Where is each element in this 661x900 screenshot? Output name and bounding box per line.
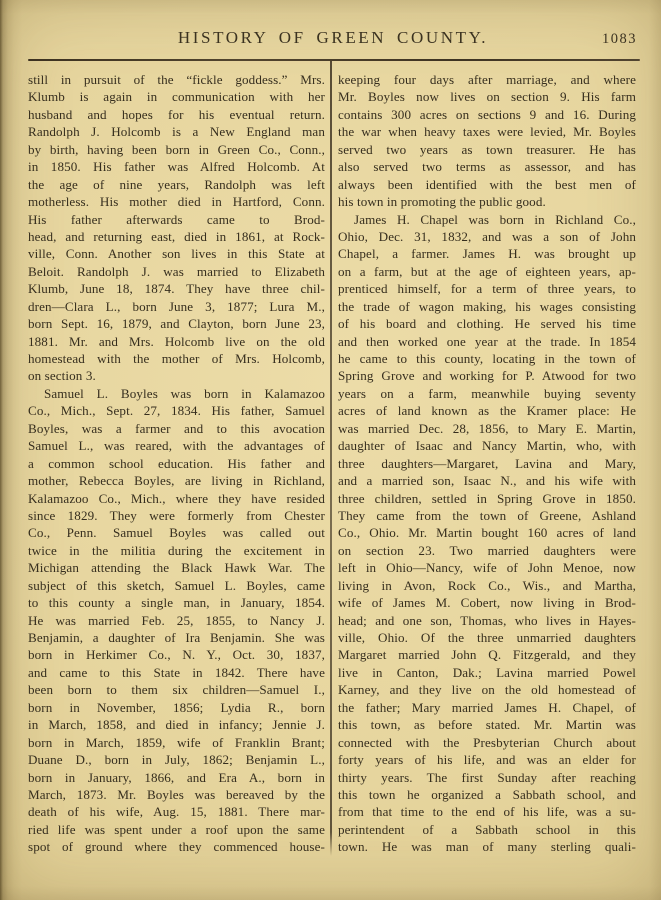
text-line: Margaret married John Q. Fitzgerald, and… [338, 646, 636, 663]
text-line: on section 23. Two married daughters wer… [338, 542, 636, 559]
text-line: Kalamazoo Co., Mich., where they have re… [28, 490, 325, 507]
text-line: also served two terms as assessor, and h… [338, 158, 636, 175]
text-line: ville, Ohio. Of the three unmarried daug… [338, 629, 636, 646]
text-line: keeping four days after marriage, and wh… [338, 71, 636, 88]
text-line: been born to them six children—Samuel I.… [28, 681, 325, 698]
text-line: Chapel, a farmer. James H. was brought u… [338, 245, 636, 262]
text-line: March, 1873. Mr. Boyles was bereaved by … [28, 786, 325, 803]
text-line: Klumb, June 18, 1874. They have three ch… [28, 280, 325, 297]
text-line: Randolph J. Holcomb is a New England man [28, 123, 325, 140]
text-line: served two years as town treasurer. He h… [338, 141, 636, 158]
text-line: ville, Conn. Another son lives in this S… [28, 245, 325, 262]
column-left: still in pursuit of the “fickle goddess.… [28, 71, 325, 856]
text-line: a common school education. His father an… [28, 455, 325, 472]
text-line: homestead with the mother of Mrs. Holcom… [28, 350, 325, 367]
text-line: His father afterwards came to Brod- [28, 211, 325, 228]
text-line: and came to this State in 1842. There ha… [28, 664, 325, 681]
text-line: still in pursuit of the “fickle goddess.… [28, 71, 325, 88]
text-line: Klumb is again in communication with her [28, 88, 325, 105]
text-line: husband and hopes for his eventual retur… [28, 106, 325, 123]
text-line: the father; Mary married James H. Chapel… [338, 699, 636, 716]
text-line: motherless. His mother died in Hartford,… [28, 193, 325, 210]
text-line: in 1850. His father was Alfred Holcomb. … [28, 158, 325, 175]
text-line: Co., Ohio. Mr. Martin bought 160 acres o… [338, 524, 636, 541]
text-line: Co., Penn. Samuel Boyles was called out [28, 524, 325, 541]
text-line: his town in promoting the public good. [338, 193, 636, 210]
text-line: born Sept. 16, 1879, and Clayton, born J… [28, 315, 325, 332]
text-line: connected with the Presbyterian Church a… [338, 734, 636, 751]
text-line: the age of nine years, Randolph was left [28, 176, 325, 193]
page-number: 1083 [602, 31, 637, 48]
text-line: thirty years. The first Sunday after rea… [338, 769, 636, 786]
text-line: twice in the militia during the exciteme… [28, 542, 325, 559]
text-line: was married Dec. 28, 1856, to Mary E. Ma… [338, 420, 636, 437]
text-line: born in Herkimer Co., N. Y., Oct. 30, 18… [28, 646, 325, 663]
text-line: years on a farm, meanwhile buying sevent… [338, 385, 636, 402]
text-line: since 1829. They were formerly from Ches… [28, 507, 325, 524]
text-line: on a farm, but at the age of eighteen ye… [338, 263, 636, 280]
text-line: the trade of wagon making, his wages con… [338, 298, 636, 315]
text-line: spot of ground where they commenced hous… [28, 838, 325, 855]
text-line: and a married son, Isaac N., and his wif… [338, 472, 636, 489]
text-line: Beloit. Randolph J. was married to Eliza… [28, 263, 325, 280]
text-line: James H. Chapel was born in Richland Co.… [338, 211, 636, 228]
text-line: to this county a single man, in January,… [28, 594, 325, 611]
text-line: forty years of his life, and was an elde… [338, 751, 636, 768]
text-line: He was married Feb. 25, 1855, to Nancy J… [28, 612, 325, 629]
text-line: Spring Grove and working for P. Atwood f… [338, 367, 636, 384]
text-line: death of his wife, Aug. 15, 1881. There … [28, 803, 325, 820]
text-line: 1881. Mr. and Mrs. Holcomb live on the o… [28, 333, 325, 350]
text-line: the war when heavy taxes were levied, Mr… [338, 123, 636, 140]
text-line: born in January, 1866, and Era A., born … [28, 769, 325, 786]
text-line: Mr. Boyles now lives on section 9. His f… [338, 88, 636, 105]
text-line: three children, settled in Spring Grove … [338, 490, 636, 507]
text-line: head, and returning east, died in 1861, … [28, 228, 325, 245]
text-line: They came from the town of Greene, Ashla… [338, 507, 636, 524]
text-line: live in Canton, Dak.; Lavina married Pow… [338, 664, 636, 681]
text-line: living in Avon, Rock Co., Wis., and Mart… [338, 577, 636, 594]
scanned-page: HISTORY OF GREEN COUNTY. 1083 still in p… [0, 0, 661, 900]
text-line: prenticed himself, for a term of three y… [338, 280, 636, 297]
text-line: of his board and clothing. He served his… [338, 315, 636, 332]
text-line: perintendent of a Sabbath school in this [338, 821, 636, 838]
text-line: daughter of Isaac and Nancy Martin, who,… [338, 437, 636, 454]
text-line: and then worked one year at the trade. I… [338, 333, 636, 350]
text-line: born in November, 1856; Lydia R., born [28, 699, 325, 716]
text-line: subject of this sketch, Samuel L. Boyles… [28, 577, 325, 594]
text-line: from that time to the end of his life, w… [338, 803, 636, 820]
text-line: Boyles, was a farmer and to this avocati… [28, 420, 325, 437]
text-line: born in March, 1859, wife of Franklin Br… [28, 734, 325, 751]
text-line: acres of land known as the Kramer place:… [338, 402, 636, 419]
column-right: keeping four days after marriage, and wh… [338, 71, 636, 856]
text-line: this town, as before stated. Mr. Martin … [338, 716, 636, 733]
text-line: town. He was man of many sterling quali- [338, 838, 636, 855]
text-line: this town he organized a Sabbath school,… [338, 786, 636, 803]
text-line: by birth, having been born in Green Co.,… [28, 141, 325, 158]
text-line: he came to this county, locating in the … [338, 350, 636, 367]
text-line: contains 300 acres on sections 9 and 16.… [338, 106, 636, 123]
text-line: Ohio, Dec. 31, 1832, and was a son of Jo… [338, 228, 636, 245]
text-line: left in Ohio—Nancy, wife of John Menoe, … [338, 559, 636, 576]
text-line: in March, 1858, and died in infancy; Jen… [28, 716, 325, 733]
text-line: ried life was spent under a roof upon th… [28, 821, 325, 838]
text-line: on section 3. [28, 367, 325, 384]
header-rule [28, 59, 640, 61]
text-line: mother, Rebecca Boyles, are living in Ri… [28, 472, 325, 489]
text-line: three daughters—Margaret, Lavina and Mar… [338, 455, 636, 472]
text-line: head; and one son, Thomas, who lives in … [338, 612, 636, 629]
text-line: dren—Clara L., born June 3, 1877; Lura M… [28, 298, 325, 315]
text-line: Samuel L., was reared, with the advantag… [28, 437, 325, 454]
text-line: Michigan attending the Black Hawk War. T… [28, 559, 325, 576]
text-line: wife of James M. Cobert, now living in B… [338, 594, 636, 611]
text-line: always been identified with the best men… [338, 176, 636, 193]
text-columns: still in pursuit of the “fickle goddess.… [28, 71, 636, 856]
page-title: HISTORY OF GREEN COUNTY. [28, 28, 638, 48]
text-line: Co., Mich., Sept. 27, 1834. His father, … [28, 402, 325, 419]
text-line: Samuel L. Boyles was born in Kalamazoo [28, 385, 325, 402]
text-line: Karney, and they live on the old homeste… [338, 681, 636, 698]
text-line: Benjamin, a daughter of Ira Benjamin. Sh… [28, 629, 325, 646]
text-line: Duane D., born in July, 1862; Benjamin L… [28, 751, 325, 768]
